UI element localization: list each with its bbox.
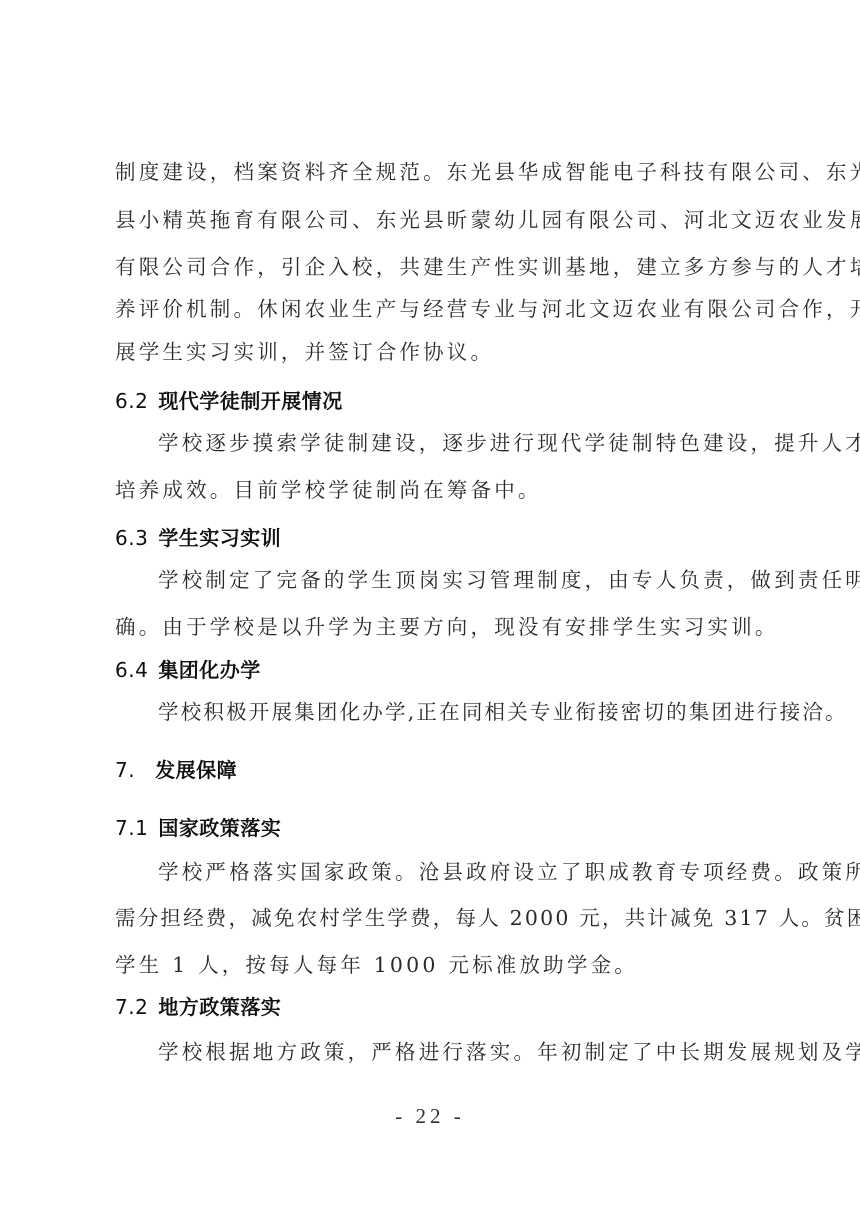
paragraph-line: 有限公司合作，引企入校，共建生产性实训基地，建立多方参与的人才培 bbox=[115, 257, 860, 278]
section-number: 7. bbox=[115, 758, 135, 782]
section-heading-6-3: 6.3学生实习实训 bbox=[115, 528, 281, 548]
paragraph-line: 学校积极开展集团化办学,正在同相关专业衔接密切的集团进行接洽。 bbox=[158, 702, 848, 723]
section-title: 发展保障 bbox=[155, 758, 237, 782]
chapter-heading-7: 7.发展保障 bbox=[115, 760, 237, 780]
section-title: 集团化办学 bbox=[158, 658, 261, 682]
paragraph-line: 学校严格落实国家政策。沧县政府设立了职成教育专项经费。政策所 bbox=[158, 862, 860, 883]
section-number: 7.2 bbox=[115, 995, 148, 1019]
paragraph-line: 制度建设，档案资料齐全规范。东光县华成智能电子科技有限公司、东光 bbox=[115, 162, 860, 183]
section-title: 学生实习实训 bbox=[158, 526, 281, 550]
paragraph-line: 县小精英拖育有限公司、东光县昕蒙幼儿园有限公司、河北文迈农业发展 bbox=[115, 210, 860, 231]
section-number: 7.1 bbox=[115, 816, 148, 840]
section-number: 6.2 bbox=[115, 389, 148, 413]
paragraph-line: 展学生实习实训，并签订合作协议。 bbox=[115, 342, 494, 363]
section-number: 6.4 bbox=[115, 658, 148, 682]
paragraph-line: 养评价机制。休闲农业生产与经营专业与河北文迈农业有限公司合作，开 bbox=[115, 299, 860, 320]
paragraph-line: 学校逐步摸索学徒制建设，逐步进行现代学徒制特色建设，提升人才 bbox=[158, 433, 860, 454]
paragraph-line: 学生 1 人，按每人每年 1000 元标准放助学金。 bbox=[115, 955, 638, 976]
section-heading-6-4: 6.4集团化办学 bbox=[115, 660, 261, 680]
page-number: - 22 - bbox=[0, 1104, 860, 1129]
paragraph-line: 培养成效。目前学校学徒制尚在筹备中。 bbox=[115, 480, 542, 501]
section-title: 现代学徒制开展情况 bbox=[158, 389, 343, 413]
section-number: 6.3 bbox=[115, 526, 148, 550]
paragraph-line: 需分担经费，减免农村学生学费，每人 2000 元，共计减免 317 人。贫困 bbox=[115, 908, 860, 929]
section-title: 地方政策落实 bbox=[158, 995, 281, 1019]
section-heading-7-1: 7.1国家政策落实 bbox=[115, 818, 281, 838]
section-title: 国家政策落实 bbox=[158, 816, 281, 840]
section-heading-7-2: 7.2地方政策落实 bbox=[115, 997, 281, 1017]
paragraph-line: 确。由于学校是以升学为主要方向，现没有安排学生实习实训。 bbox=[115, 617, 779, 638]
paragraph-line: 学校根据地方政策，严格进行落实。年初制定了中长期发展规划及学 bbox=[158, 1042, 860, 1063]
section-heading-6-2: 6.2现代学徒制开展情况 bbox=[115, 391, 343, 411]
paragraph-line: 学校制定了完备的学生顶岗实习管理制度，由专人负责，做到责任明 bbox=[158, 570, 860, 591]
